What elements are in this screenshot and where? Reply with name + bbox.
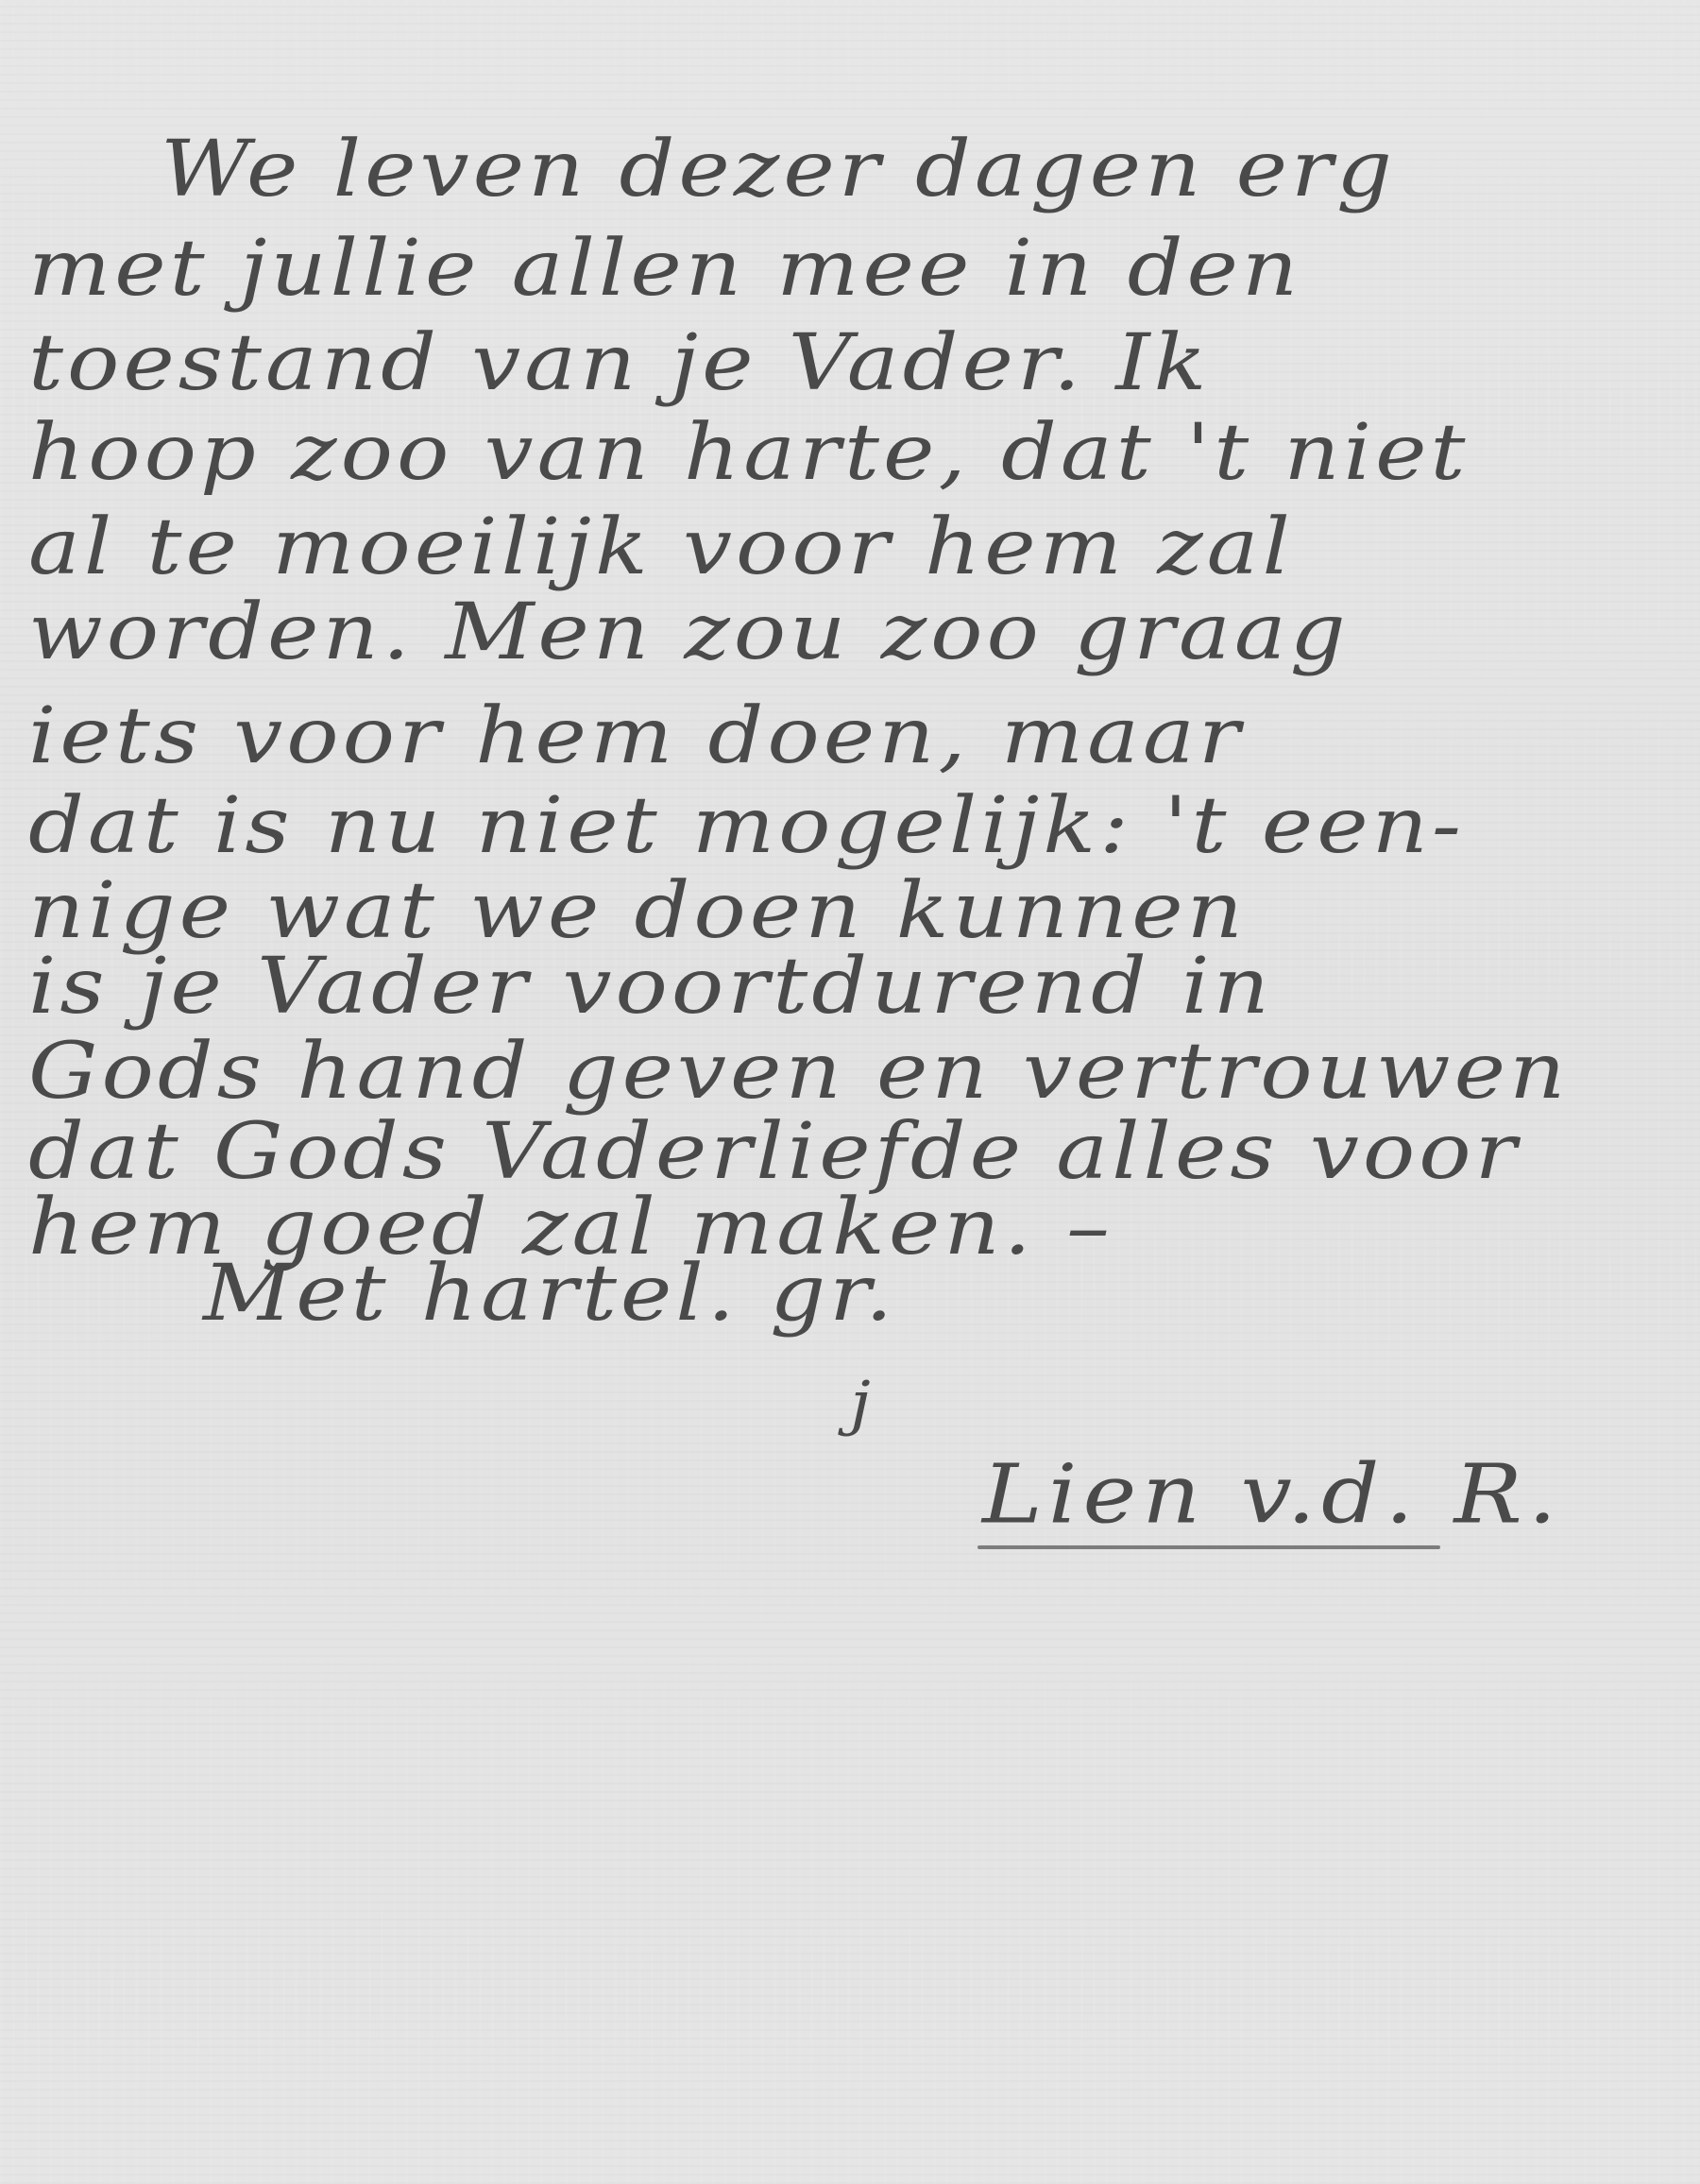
letter-closing: Met hartel. gr.	[203, 1248, 896, 1339]
letter-line: met jullie allen mee in den	[28, 223, 1301, 314]
closing-pronoun: j	[850, 1368, 875, 1438]
letter-line: iets voor hem doen, maar	[28, 691, 1244, 781]
letter-line: Gods hand geven en vertrouwen	[28, 1026, 1569, 1117]
signature-underline	[977, 1545, 1440, 1549]
letter-line: We leven dezer dagen erg	[161, 124, 1396, 214]
letter-line: toestand van je Vader. Ik	[28, 317, 1210, 408]
letter-line: is je Vader voortdurend in	[28, 941, 1273, 1032]
letter-signature: Lien v.d. R.	[982, 1446, 1562, 1542]
letter-paper: We leven dezer dagen erg met jullie alle…	[0, 0, 1700, 2184]
letter-line: al te moeilijk voor hem zal	[28, 502, 1294, 592]
letter-line: dat is nu niet mogelijk: 't een-	[28, 780, 1465, 871]
letter-line: worden. Men zou zoo graag	[28, 587, 1350, 677]
letter-line: hoop zoo van harte, dat 't niet	[28, 407, 1470, 498]
